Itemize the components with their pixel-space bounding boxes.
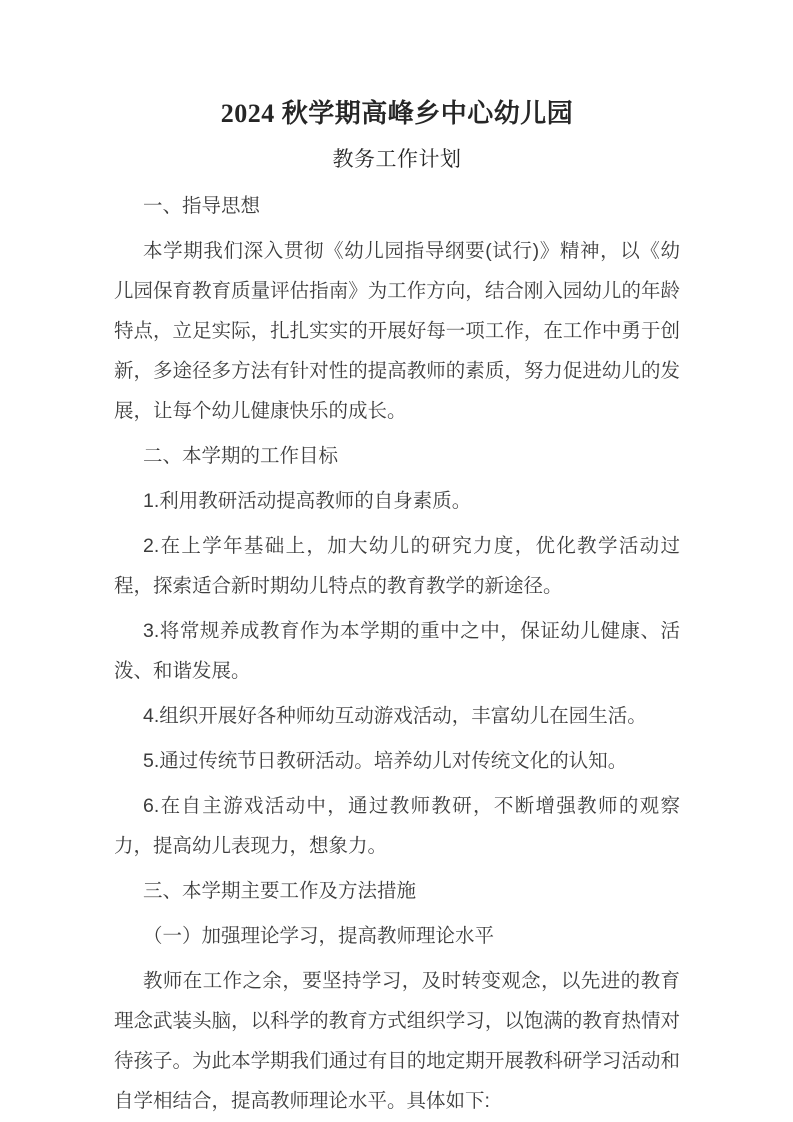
- document-title: 2024 秋学期高峰乡中心幼儿园: [114, 96, 680, 132]
- body-paragraph: 本学期我们深入贯彻《幼儿园指导纲要(试行)》精神，以《幼儿园保育教育质量评估指南…: [114, 231, 680, 431]
- body-paragraph: 4.组织开展好各种师幼互动游戏活动，丰富幼儿在园生活。: [114, 696, 680, 736]
- section-heading: 二、本学期的工作目标: [114, 436, 680, 476]
- document-subtitle: 教务工作计划: [114, 144, 680, 174]
- section-heading: （一）加强理论学习，提高教师理论水平: [114, 916, 680, 956]
- body-paragraph: 2.在上学年基础上，加大幼儿的研究力度，优化教学活动过程，探索适合新时期幼儿特点…: [114, 526, 680, 606]
- section-heading: 三、本学期主要工作及方法措施: [114, 871, 680, 911]
- document-body: 2024 秋学期高峰乡中心幼儿园 教务工作计划 一、指导思想本学期我们深入贯彻《…: [114, 96, 680, 1122]
- body-paragraph: 1.利用教研活动提高教师的自身素质。: [114, 481, 680, 521]
- paragraph-list: 一、指导思想本学期我们深入贯彻《幼儿园指导纲要(试行)》精神，以《幼儿园保育教育…: [114, 186, 680, 1121]
- document-page: 2024 秋学期高峰乡中心幼儿园 教务工作计划 一、指导思想本学期我们深入贯彻《…: [0, 0, 793, 1122]
- body-paragraph: 5.通过传统节日教研活动。培养幼儿对传统文化的认知。: [114, 741, 680, 781]
- section-heading: 一、指导思想: [114, 186, 680, 226]
- body-paragraph: 3.将常规养成教育作为本学期的重中之中，保证幼儿健康、活泼、和谐发展。: [114, 611, 680, 691]
- body-paragraph: 教师在工作之余，要坚持学习，及时转变观念，以先进的教育理念武装头脑，以科学的教育…: [114, 961, 680, 1121]
- body-paragraph: 6.在自主游戏活动中，通过教师教研，不断增强教师的观察力，提高幼儿表现力，想象力…: [114, 786, 680, 866]
